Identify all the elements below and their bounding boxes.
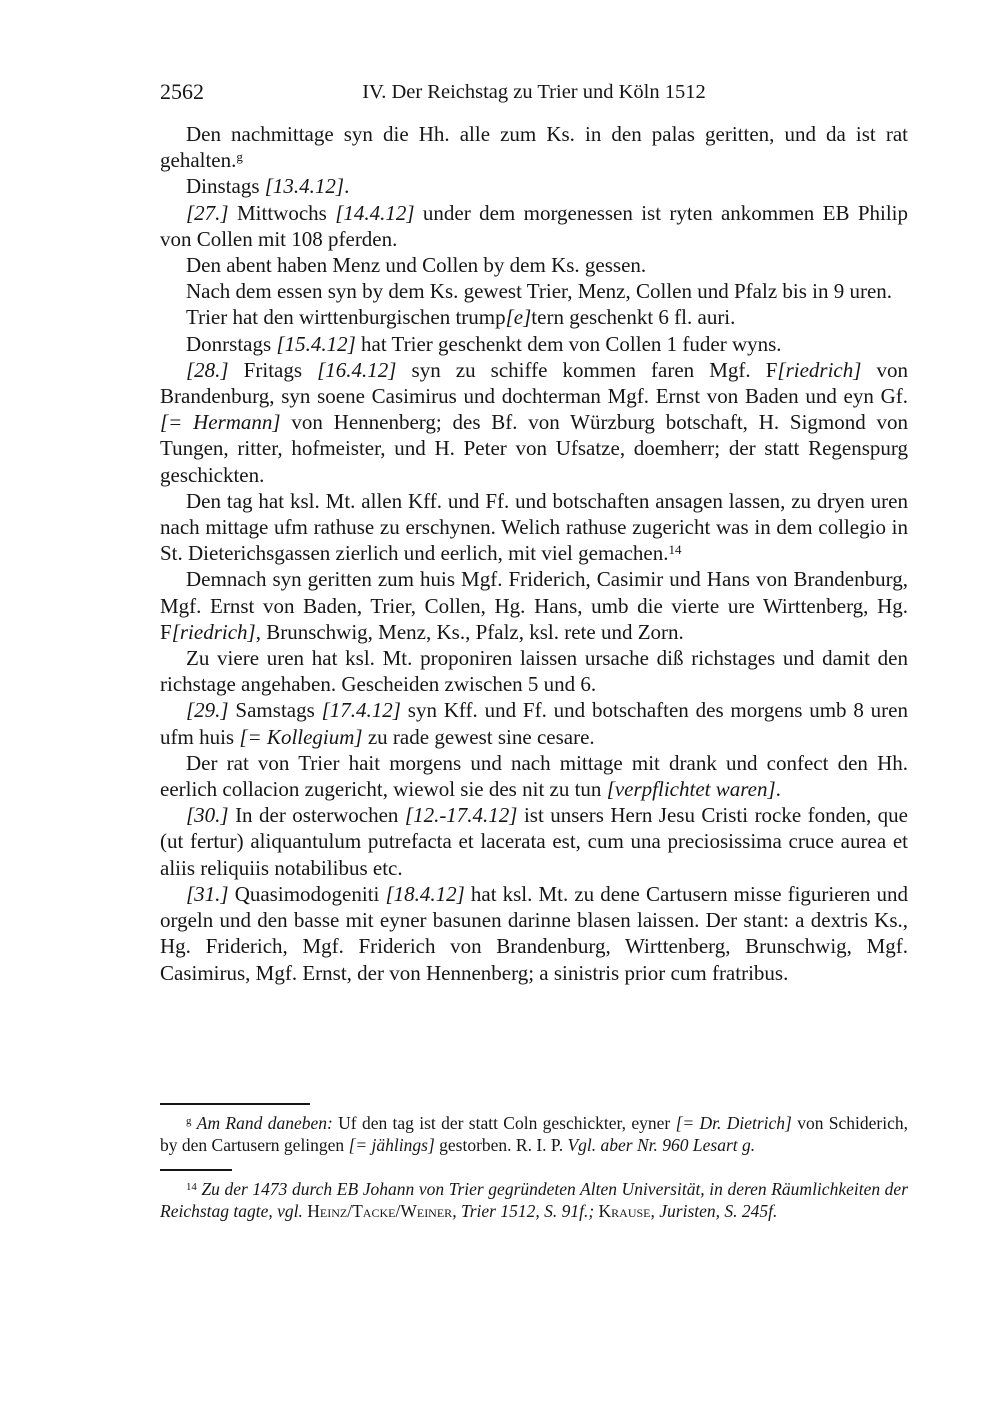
footnote-marker: 14 xyxy=(186,1181,197,1193)
text-segment: Am Rand daneben: xyxy=(197,1113,333,1133)
text-segment: [14.4.12] xyxy=(335,201,414,225)
text-segment: [30.] xyxy=(186,803,229,827)
text-segment: Tacke xyxy=(352,1201,395,1221)
text-segment: [= jählings] xyxy=(349,1135,435,1155)
text-segment: [e] xyxy=(506,305,532,329)
text-segment: [12.-17.4.12] xyxy=(405,803,518,827)
paragraph-11: Zu viere uren hat ksl. Mt. proponiren la… xyxy=(160,645,908,697)
main-text-block: Den nachmittage syn die Hh. alle zum Ks.… xyxy=(160,121,908,986)
footnote-14: 14 Zu der 1473 durch EB Johann von Trier… xyxy=(160,1178,908,1223)
text-segment: , Brunschwig, Menz, Ks., Pfalz, ksl. ret… xyxy=(256,620,684,644)
text-segment: [28.] xyxy=(186,358,229,382)
text-segment: , Juristen, S. 245f. xyxy=(651,1201,778,1221)
running-head: 2562 IV. Der Reichstag zu Trier und Köln… xyxy=(160,80,908,104)
footnote-separator-top xyxy=(160,1103,310,1105)
text-segment: Den tag hat ksl. Mt. allen Kff. und Ff. … xyxy=(160,489,908,565)
text-segment: gestorben. R. I. P. xyxy=(435,1135,568,1155)
text-segment: Krause xyxy=(599,1201,651,1221)
text-segment: Den abent haben Menz und Collen by dem K… xyxy=(186,253,646,277)
text-segment: [17.4.12] xyxy=(322,698,401,722)
paragraph-10: Demnach syn geritten zum huis Mgf. Fride… xyxy=(160,566,908,645)
text-segment: . xyxy=(344,174,349,198)
text-segment: Uf den tag ist der statt Coln geschickte… xyxy=(333,1113,676,1133)
text-segment: [verpflichtet waren] xyxy=(607,777,776,801)
paragraph-13: Der rat von Trier hait morgens und nach … xyxy=(160,750,908,802)
text-segment: [29.] xyxy=(186,698,229,722)
text-segment: [27.] xyxy=(186,201,229,225)
paragraph-1: Den nachmittage syn die Hh. alle zum Ks.… xyxy=(160,121,908,173)
paragraph-4: Den abent haben Menz und Collen by dem K… xyxy=(160,252,908,278)
text-segment: Fritags xyxy=(229,358,317,382)
text-segment: [= Kollegium] xyxy=(239,725,362,749)
footnote-marker: g xyxy=(236,149,243,164)
paragraph-15: [31.] Quasimodogeniti [18.4.12] hat ksl.… xyxy=(160,881,908,986)
text-segment: Mittwochs xyxy=(229,201,336,225)
text-segment: Donrstags xyxy=(186,332,276,356)
text-segment: tern geschenkt 6 fl. auri. xyxy=(531,305,735,329)
text-segment: Trier hat den wirttenburgischen trump xyxy=(186,305,506,329)
text-segment: Nach dem essen syn by dem Ks. gewest Tri… xyxy=(186,279,892,303)
text-segment: [18.4.12] xyxy=(385,882,464,906)
text-segment: zu rade gewest sine cesare. xyxy=(363,725,595,749)
text-segment: syn zu schiffe kommen faren Mgf. F xyxy=(396,358,777,382)
text-segment: Heinz xyxy=(307,1201,347,1221)
book-page: 2562 IV. Der Reichstag zu Trier und Köln… xyxy=(0,0,1004,1418)
paragraph-9: Den tag hat ksl. Mt. allen Kff. und Ff. … xyxy=(160,488,908,567)
text-segment: [31.] xyxy=(186,882,229,906)
text-segment: [15.4.12] xyxy=(276,332,355,356)
text-segment: [16.4.12] xyxy=(317,358,396,382)
footnote-separator-bottom xyxy=(160,1169,232,1171)
footnote-area: g Am Rand daneben: Uf den tag ist der st… xyxy=(160,1103,908,1222)
text-segment: Dinstags xyxy=(186,174,265,198)
text-segment: [= Hermann] xyxy=(160,410,281,434)
text-segment: Vgl. aber Nr. 960 Lesart g. xyxy=(567,1135,755,1155)
text-segment: Weiner xyxy=(400,1201,452,1221)
page-number: 2562 xyxy=(160,80,204,104)
footnote-marker: 14 xyxy=(669,542,682,557)
paragraph-2: Dinstags [13.4.12]. xyxy=(160,173,908,199)
text-segment: Quasimodogeniti xyxy=(229,882,386,906)
text-segment: [13.4.12] xyxy=(265,174,344,198)
paragraph-14: [30.] In der osterwochen [12.-17.4.12] i… xyxy=(160,802,908,881)
text-segment: [riedrich] xyxy=(777,358,861,382)
text-segment: Der rat von Trier hait morgens und nach … xyxy=(160,751,908,801)
paragraph-6: Trier hat den wirttenburgischen trump[e]… xyxy=(160,304,908,330)
text-segment: Zu viere uren hat ksl. Mt. proponiren la… xyxy=(160,646,908,696)
paragraph-8: [28.] Fritags [16.4.12] syn zu schiffe k… xyxy=(160,357,908,488)
text-segment: In der osterwochen xyxy=(229,803,405,827)
running-title: IV. Der Reichstag zu Trier und Köln 1512 xyxy=(160,80,908,104)
footnote-g: g Am Rand daneben: Uf den tag ist der st… xyxy=(160,1112,908,1157)
paragraph-3: [27.] Mittwochs [14.4.12] under dem morg… xyxy=(160,200,908,252)
text-segment: hat Trier geschenkt dem von Collen 1 fud… xyxy=(356,332,782,356)
text-segment: , Trier 1512, S. 91f.; xyxy=(452,1201,594,1221)
text-segment: Samstags xyxy=(229,698,322,722)
paragraph-7: Donrstags [15.4.12] hat Trier geschenkt … xyxy=(160,331,908,357)
text-segment: [= Dr. Dietrich] xyxy=(676,1113,792,1133)
text-segment: Den nachmittage syn die Hh. alle zum Ks.… xyxy=(160,122,908,172)
text-segment: . xyxy=(776,777,781,801)
paragraph-5: Nach dem essen syn by dem Ks. gewest Tri… xyxy=(160,278,908,304)
text-segment: [riedrich] xyxy=(172,620,256,644)
paragraph-12: [29.] Samstags [17.4.12] syn Kff. und Ff… xyxy=(160,697,908,749)
